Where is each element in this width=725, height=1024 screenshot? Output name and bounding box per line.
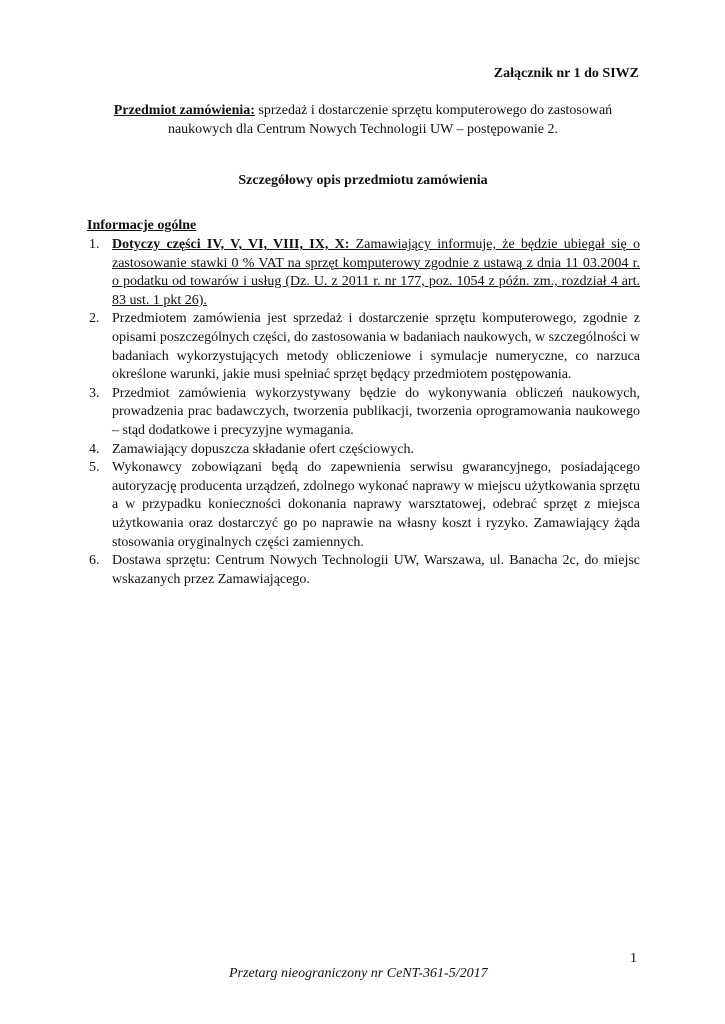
list-item: 1. Dotyczy części IV, V, VI, VIII, IX, X… <box>87 236 640 310</box>
item-text: Zamawiający dopuszcza składanie ofert cz… <box>112 442 414 457</box>
list-item: 5. Wykonawcy zobowiązani będą do zapewni… <box>87 459 640 552</box>
document-page: Załącznik nr 1 do SIWZ Przedmiot zamówie… <box>0 0 725 1024</box>
item-lead: Dotyczy części IV, V, VI, VIII, IX, X: <box>112 237 349 252</box>
general-info-list: 1. Dotyczy części IV, V, VI, VIII, IX, X… <box>87 236 640 589</box>
document-heading: Szczegółowy opis przedmiotu zamówienia <box>88 173 638 189</box>
item-number: 5. <box>89 459 100 478</box>
list-item: 2. Przedmiotem zamówienia jest sprzedaż … <box>87 310 640 384</box>
item-text: Wykonawcy zobowiązani będą do zapewnieni… <box>112 460 640 549</box>
page-number: 1 <box>630 951 637 967</box>
item-number: 2. <box>89 310 100 329</box>
item-number: 1. <box>89 236 100 255</box>
subject-label: Przedmiot zamówienia: <box>114 103 255 118</box>
section-title: Informacje ogólne <box>87 218 196 234</box>
annex-label: Załącznik nr 1 do SIWZ <box>494 66 639 82</box>
footer-text: Przetarg nieograniczony nr CeNT-361-5/20… <box>229 966 488 982</box>
list-item: 3. Przedmiot zamówienia wykorzystywany b… <box>87 385 640 441</box>
item-number: 3. <box>89 385 100 404</box>
list-item: 6. Dostawa sprzętu: Centrum Nowych Techn… <box>87 552 640 589</box>
item-number: 6. <box>89 552 100 571</box>
item-number: 4. <box>89 441 100 460</box>
subject-paragraph: Przedmiot zamówienia: sprzedaż i dostarc… <box>88 101 638 139</box>
item-text: Dostawa sprzętu: Centrum Nowych Technolo… <box>112 553 640 587</box>
item-text: Przedmiotem zamówienia jest sprzedaż i d… <box>112 311 640 382</box>
list-item: 4. Zamawiający dopuszcza składanie ofert… <box>87 441 640 460</box>
item-text: Przedmiot zamówienia wykorzystywany będz… <box>112 386 640 438</box>
